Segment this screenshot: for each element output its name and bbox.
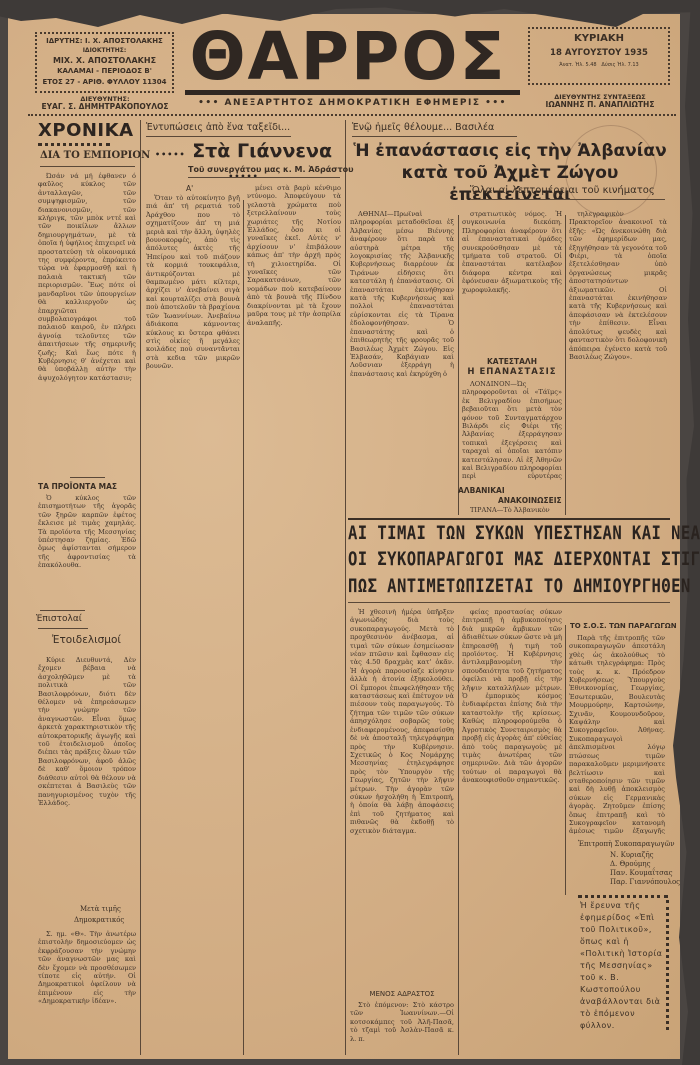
place: ΚΑΛΑΜΑΙ - ΠΕΡΙΟΔΟΣ Β' [37, 66, 172, 77]
byline: Τοῦ συνεργάτου μας κ. Μ. Ἀδράστου [188, 165, 353, 174]
next-issue-body: Στὸ ἑπόμενον: Στὸ κάστρο τῶν Ἰωαννίνων.—… [350, 1001, 454, 1043]
article-text: τηλεγραφικὸν Πρακτορεῖον ἀνακοινοῖ τὰ ἑξ… [569, 210, 667, 361]
subheading: ΚΑΤΕΣΤΑΛΗ [462, 357, 562, 366]
signoff-name: Δημοκρατικός [74, 916, 124, 925]
article-kicker: Ἐντυπώσεις ἀπὸ ἕνα ταξεῖδι... [146, 122, 290, 133]
postscript-text: Σ. ημ. «Θ». Τὴν ἀνωτέρω ἐπιστολὴν δημοσι… [38, 930, 136, 1006]
article-text: ΛΟΝΔΙΝΟΝ—Ὡς πληροφοροῦνται οἱ «Τάϊμς» ἐκ… [462, 380, 562, 480]
date: 18 ΑΥΓΟΥΣΤΟΥ 1935 [530, 48, 668, 58]
sunrise: Άνατ. Ήλ. 5.48 [559, 62, 596, 68]
masthead-divider [28, 114, 676, 119]
column-rule [565, 215, 566, 515]
owner-label: ΙΔΙΟΚΤΗΤΗΣ: [37, 47, 172, 55]
article-body: Ώσάν νά μή έφθανεν ό φαῦλος κύκλος τῶν ἀ… [38, 172, 136, 472]
telegram-text: Παρὰ τῆς ἐπιτροπῆς τῶν συκοπαραγωγῶν ἀπε… [569, 634, 665, 834]
divider [38, 628, 88, 629]
director-left-name: ΕΥΑΓ. Σ. ΔΗΜΗΤΡΑΚΟΠΟΥΛΟΣ [35, 103, 175, 111]
article-text: μένει στὰ βαρὺ κένθιμο ντύνομο. Ἀποφεύγο… [247, 184, 341, 327]
headline-line: ΑΙ ΤΙΜΑΙ ΤΩΝ ΣΥΚΩΝ ΥΠΕΣΤΗΣΑΝ ΚΑΙ ΝΕΑΝ ΠΤ… [348, 522, 612, 544]
subheading: Η ΕΠΑΝΑΣΤΑΣΙΣ [462, 367, 562, 377]
article-text: Ώσάν νά μή έφθανεν ό φαῦλος κύκλος τῶν ἀ… [38, 172, 136, 382]
notice-box: Ἡ ἔρευνα τῆς ἐφημερίδος «Ἐπὶ τοῦ Πολιτικ… [580, 900, 666, 1032]
article-body: μένει στὰ βαρὺ κένθιμο ντύνομο. Ἀποφεύγο… [247, 184, 341, 1054]
issue-number: ΕΤΟΣ 27 - ΑΡΙΘ. ΦΥΛΛΟΥ 11304 [37, 77, 172, 88]
telegram-body: Παρὰ τῆς ἐπιτροπῆς τῶν συκοπαραγωγῶν ἀπε… [569, 634, 665, 834]
article-body: Ὅταν τὸ αὐτοκίνητο βγῆ πιά ἀπ' τή ρεματι… [146, 194, 240, 1054]
headline-divider [348, 602, 670, 603]
heading-rule [38, 143, 110, 146]
signatories-list: Ν. ΚυριαζῆςΔ. ΘρούμηςΠαν. ΚουμαΐτσαςΠαρ.… [610, 851, 680, 887]
divider [40, 610, 85, 611]
article-body: ΤΙΡΑΝΑ—Τὸ Ἀλβανικὸν [470, 506, 565, 516]
article-body: τηλεγραφικὸν Πρακτορεῖον ἀνακοινοῖ τὰ ἑξ… [569, 210, 667, 515]
director-left: ΔΙΕΥΘΥΝΤΗΣ: ΕΥΑΓ. Σ. ΔΗΜΗΤΡΑΚΟΠΟΥΛΟΣ [35, 95, 175, 111]
byline-underline [188, 177, 340, 178]
newspaper-subtitle: ••• ΑΝΕΞΑΡΤΗΤΟΣ ΔΗΜΟΚΡΑΤΙΚΗ ΕΦΗΜΕΡΙΣ ••• [185, 98, 520, 108]
article-body: στρατιωτικὸς νόμος. Ἡ συγκοινωνία διεκόπ… [462, 210, 562, 355]
article-text: στρατιωτικὸς νόμος. Ἡ συγκοινωνία διεκόπ… [462, 210, 562, 294]
headline-line: Ἡ ἐπανάστασις εἰς τὴν Ἀλβανίαν [350, 140, 670, 162]
kicker-underline [352, 136, 517, 137]
heading-underline [40, 166, 135, 167]
signatory: Παν. Κουμαΐτσας [610, 869, 680, 878]
day: ΚΥΡΙΑΚΗ [530, 33, 668, 44]
column-rule [345, 120, 346, 1055]
box-border [578, 895, 668, 898]
letter-heading: Ἐτοιδελισμοί [52, 634, 121, 646]
sun-times: Άνατ. Ήλ. 5.48 Δύσις Ήλ. 7.13 [530, 62, 668, 68]
column-rule [458, 215, 459, 515]
next-issue-heading: ΜΕΝΟΣ ΑΔΡΑΣΤΟΣ [350, 990, 454, 998]
divider [70, 477, 105, 478]
article-kicker: Ἐνῷ ἡμεῖς θέλουμε... Βασιλέα [352, 122, 494, 133]
article-text: Ὅταν τὸ αὐτοκίνητο βγῆ πιά ἀπ' τή ρεματι… [146, 194, 240, 371]
article-body: φείας προστασίας σύκων ἐπιτραπῇ ἡ ἀμβυκο… [462, 608, 562, 1053]
column-rule [243, 200, 244, 1055]
article-text: Ἡ χθεσινὴ ἡμέρα ὑπῆρξεν ἀγωνιώδης διὰ το… [350, 608, 454, 835]
headline-line: ΟΙ ΣΥΚΟΠΑΡΑΓΩΓΟΙ ΜΑΣ ΔΙΕΡΧΟΝΤΑΙ ΣΤΙΓΜΑΣ … [348, 548, 612, 570]
signatory: Δ. Θρούμης [610, 860, 680, 869]
letters-label: Ἐπιστολαί [36, 614, 82, 624]
article-text: ΑΘΗΝΑΙ—Πρωϊναὶ πληροφορίαι μεταδοθεῖσαι … [350, 210, 454, 378]
publisher-box: ΙΔΡΥΤΗΣ: Ι. Χ. ΑΠΟΣΤΟΛΑΚΗΣ ΙΔΙΟΚΤΗΤΗΣ: Μ… [35, 32, 174, 93]
title-rule [185, 90, 520, 95]
article-text: ΤΙΡΑΝΑ—Τὸ Ἀλβανικὸν [470, 506, 565, 514]
article-body: Ὁ κύκλος τῶν ἐπισημοτήτων τῆς ἀγορᾶς τῶν… [38, 494, 136, 594]
subheading: ΑΝΑΚΟΙΝΩΣΕΙΣ [498, 496, 562, 505]
newspaper-title: ΘΑΡΡΟΣ [183, 26, 513, 88]
postscript: Σ. ημ. «Θ». Τὴν ἀνωτέρω ἐπιστολὴν δημοσι… [38, 930, 136, 1045]
subheading: ΑΛΒΑΝΙΚΑΙ [458, 486, 505, 495]
sunset: Δύσις Ήλ. 7.13 [601, 62, 638, 68]
next-issue-text: Στὸ ἑπόμενον: Στὸ κάστρο τῶν Ἰωαννίνων.—… [350, 1001, 454, 1046]
column-rule [140, 120, 141, 1055]
column-rule [565, 625, 566, 895]
letter-text: Κύριε Διευθυντά, Δὲν ἔχομεν βέβαια νὰ ἀσ… [38, 656, 136, 807]
article-headline: Ἡ ἐπανάστασις εἰς τὴν Ἀλβανίαν κατὰ τοῦ … [350, 140, 670, 206]
article-deck: Ὅλαι αἱ λεπτομέρειαι τοῦ κινήματος [470, 185, 655, 196]
box-border [666, 900, 669, 1030]
article-text: φείας προστασίας σύκων ἐπιτραπῇ ἡ ἀμβυκο… [462, 608, 562, 785]
signatory: Παρ. Γιαννόπουλος [610, 878, 680, 887]
date-box: ΚΥΡΙΑΚΗ 18 ΑΥΓΟΥΣΤΟΥ 1935 Άνατ. Ήλ. 5.48… [528, 27, 670, 85]
headline-line: ΠΩΣ ΑΝΤΙΜΕΤΩΠΙΖΕΤΑΙ ΤΟ ΔΗΜΙΟΥΡΓΗΘΕΝ ΖΗΤΗ… [348, 575, 612, 597]
section-divider [348, 518, 670, 520]
article-body: ΑΘΗΝΑΙ—Πρωϊναὶ πληροφορίαι μεταδοθεῖσαι … [350, 210, 454, 515]
director-right-name: ΙΩΑΝΝΗΣ Π. ΑΝΑΠΛΙΩΤΗΣ [525, 101, 675, 109]
founder: ΙΔΡΥΤΗΣ: Ι. Χ. ΑΠΟΣΤΟΛΑΚΗΣ [37, 36, 172, 47]
section-heading-xronika: ΧΡΟΝΙΚΑ [38, 120, 134, 141]
section-heading: ΤΑ ΠΡΟΪΟΝΤΑ ΜΑΣ [38, 482, 117, 491]
article-body: Ἡ χθεσινὴ ἡμέρα ὑπῆρξεν ἀγωνιώδης διὰ το… [350, 608, 454, 938]
article-body: ΛΟΝΔΙΝΟΝ—Ὡς πληροφοροῦνται οἱ «Τάϊμς» ἐκ… [462, 380, 562, 480]
owner: ΜΙΧ. Χ. ΑΠΟΣΤΟΛΑΚΗΣ [37, 55, 172, 66]
letter-body: Κύριε Διευθυντά, Δὲν ἔχομεν βέβαια νὰ ἀσ… [38, 656, 136, 896]
signatory: Ν. Κυριαζῆς [610, 851, 680, 860]
signature-label: Ἐπιτροπὴ Συκοπαραγωγῶν [578, 840, 675, 849]
headline-text: Στὰ Γιάννενα [192, 140, 332, 162]
article-heading: ΔΙΑ ΤΟ ΕΜΠΟΡΙΟΝ [40, 150, 150, 161]
part-number: Α' [186, 184, 193, 193]
column-rule [458, 625, 459, 1055]
article-text: Ὁ κύκλος τῶν ἐπισημοτήτων τῆς ἀγορᾶς τῶν… [38, 494, 136, 570]
subheading: ΤΟ Σ.Ο.Σ. ΤΩΝ ΠΑΡΑΓΩΓΩΝ [570, 622, 677, 630]
signoff: Μετὰ τιμῆς [80, 905, 121, 914]
deck-underline [470, 199, 665, 200]
director-right: ΔΙΕΥΘΥΝΤΗΣ ΣΥΝΤΑΞΕΩΣ ΙΩΑΝΝΗΣ Π. ΑΝΑΠΛΙΩΤ… [525, 93, 675, 109]
kicker-underline [146, 136, 291, 137]
